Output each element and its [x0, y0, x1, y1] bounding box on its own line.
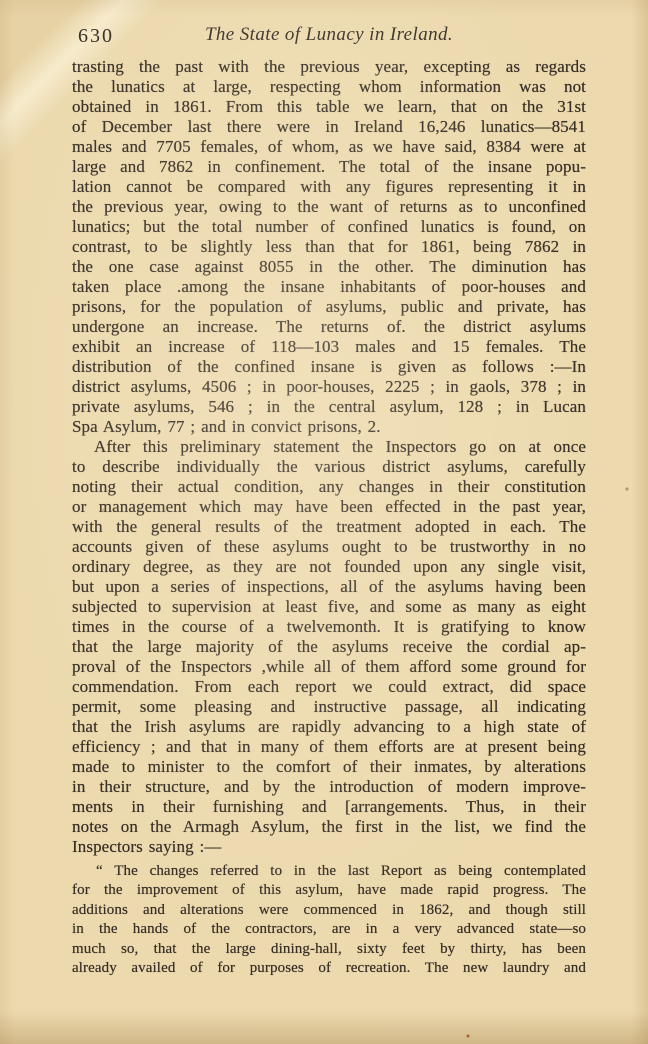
text-line: accounts given of these asylums ought to… — [72, 537, 586, 557]
text-line: ordinary degree, as they are not founded… — [72, 557, 586, 577]
text-line: the previous year, owing to the want of … — [72, 197, 586, 217]
text-line: exhibit an increase of 118—103 males and… — [72, 337, 586, 357]
text-line: that the Irish asylums are rapidly advan… — [72, 717, 586, 737]
text-line: with the general results of the treatmen… — [72, 517, 586, 537]
text-line: lunatics; but the total number of confin… — [72, 217, 586, 237]
text-line: contrast, to be slightly less than that … — [72, 237, 586, 257]
text-line: much so, that the large dining-hall, six… — [72, 940, 586, 959]
text-line: in their structure, and by the introduct… — [72, 777, 586, 797]
text-line: additions and alterations were commenced… — [72, 901, 586, 920]
text-line: trasting the past with the previous year… — [72, 57, 586, 77]
text-line: to describe individually the various dis… — [72, 457, 586, 477]
text-line: private asylums, 546 ; in the central as… — [72, 397, 586, 417]
text-line: prisons, for the population of asylums, … — [72, 297, 586, 317]
scanned-book-page: 630 The State of Lunacy in Ireland. tras… — [0, 0, 648, 1044]
text-line: After this preliminary statement the Ins… — [72, 437, 586, 457]
text-line: the lunatics at large, respecting whom i… — [72, 77, 586, 97]
text-line: made to minister to the comfort of their… — [72, 757, 586, 777]
text-line: commendation. From each report we could … — [72, 677, 586, 697]
text-line: lation cannot be compared with any figur… — [72, 177, 586, 197]
text-line: Spa Asylum, 77 ; and in convict prisons,… — [72, 417, 586, 437]
text-line: males and 7705 females, of whom, as we h… — [72, 137, 586, 157]
text-line: that the large majority of the asylums r… — [72, 637, 586, 657]
text-line: obtained in 1861. From this table we lea… — [72, 97, 586, 117]
text-line: the one case against 8055 in the other. … — [72, 257, 586, 277]
text-line: district asylums, 4506 ; in poor-houses,… — [72, 377, 586, 397]
quoted-extract: “ The changes referred to in the last Re… — [72, 862, 586, 978]
text-line: distribution of the confined insane is g… — [72, 357, 586, 377]
text-line: “ The changes referred to in the last Re… — [72, 862, 586, 881]
text-line: taken place .among the insane inhabitant… — [72, 277, 586, 297]
text-line: efficiency ; and that in many of them ef… — [72, 737, 586, 757]
text-line: proval of the Inspectors ,while all of t… — [72, 657, 586, 677]
text-line: already availed of for purposes of recre… — [72, 959, 586, 978]
text-line: in the hands of the contractors, are in … — [72, 920, 586, 939]
running-title: The State of Lunacy in Ireland. — [72, 24, 586, 46]
text-line: Inspectors saying :— — [72, 837, 586, 857]
text-line: of December last there were in Ireland 1… — [72, 117, 586, 137]
text-line: large and 7862 in confinement. The total… — [72, 157, 586, 177]
page-header: 630 The State of Lunacy in Ireland. — [72, 24, 586, 50]
text-line: undergone an increase. The returns of. t… — [72, 317, 586, 337]
text-line: or management which may have been effect… — [72, 497, 586, 517]
text-line: noting their actual condition, any chang… — [72, 477, 586, 497]
paragraph-continuation: trasting the past with the previous year… — [72, 57, 586, 437]
text-line: ments in their furnishing and [arrangeme… — [72, 797, 586, 817]
text-line: for the improvement of this asylum, have… — [72, 881, 586, 900]
text-line: permit, some pleasing and instructive pa… — [72, 697, 586, 717]
text-line: but upon a series of inspections, all of… — [72, 577, 586, 597]
text-line: subjected to supervision at least five, … — [72, 597, 586, 617]
page-number: 630 — [78, 25, 114, 48]
paragraph-inspectors: After this preliminary statement the Ins… — [72, 437, 586, 857]
text-line: notes on the Armagh Asylum, the first in… — [72, 817, 586, 837]
body-text: trasting the past with the previous year… — [72, 57, 586, 978]
text-line: times in the course of a twelvemonth. It… — [72, 617, 586, 637]
